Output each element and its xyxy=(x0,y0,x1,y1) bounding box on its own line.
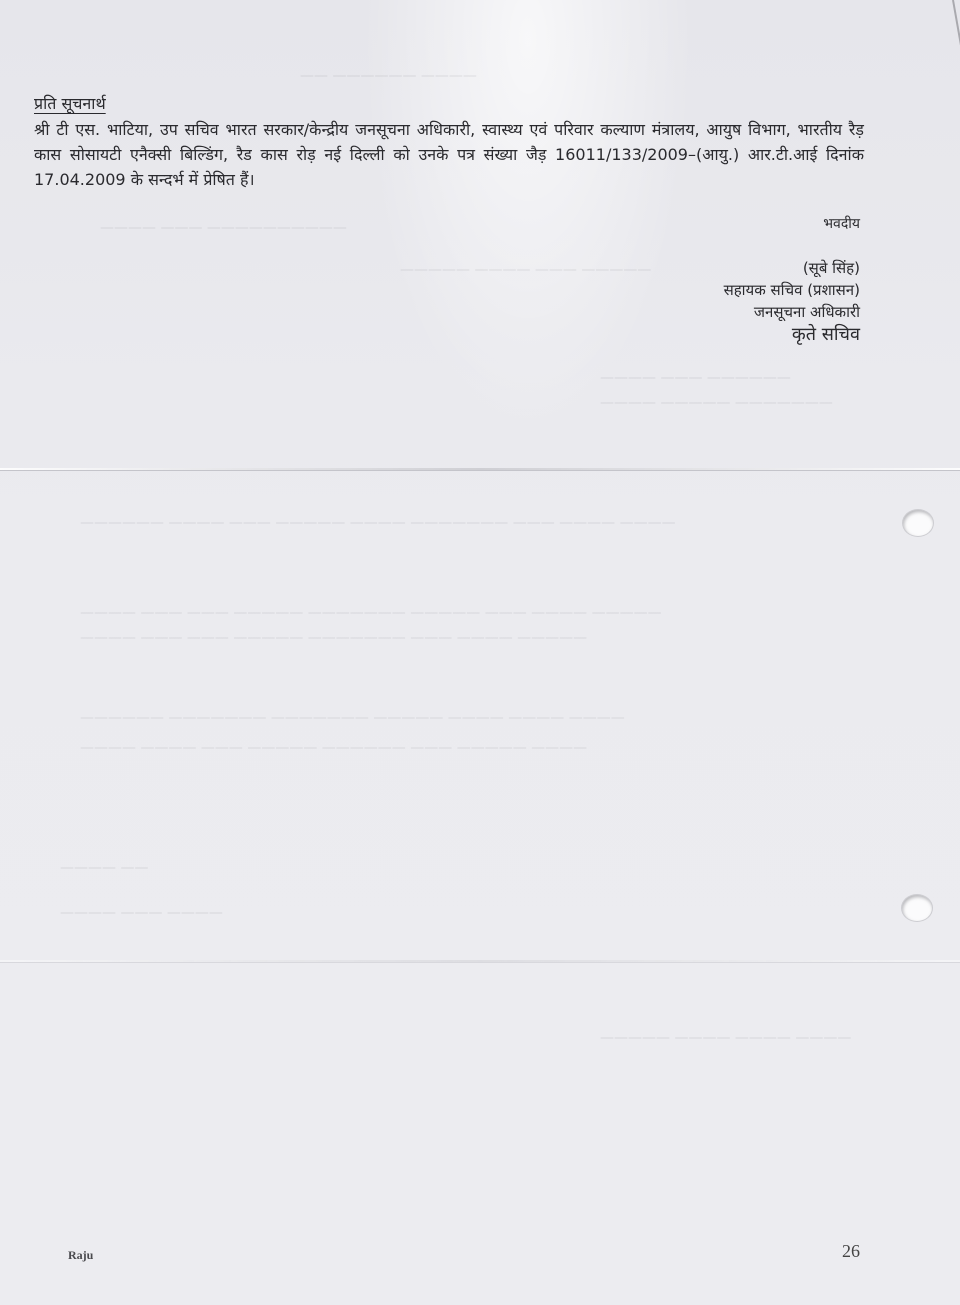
signatory-on-behalf: कृते सचिव xyxy=(792,322,860,346)
paper-fold-line xyxy=(0,960,960,962)
scanned-page xyxy=(0,0,960,1305)
punch-hole xyxy=(903,510,933,536)
signatory-designation: सहायक सचिव (प्रशासन) xyxy=(724,280,860,300)
signatory-role: जनसूचना अधिकारी xyxy=(754,302,860,322)
punch-hole xyxy=(902,895,932,921)
body-paragraph: श्री टी एस. भाटिया, उप सचिव भारत सरकार/क… xyxy=(34,117,864,192)
copy-for-information-heading: प्रति सूचनार्थ xyxy=(34,92,106,114)
closing-salutation: भवदीय xyxy=(823,214,860,233)
signatory-name: (सूबे सिंह) xyxy=(803,258,860,278)
footer-initials: Raju xyxy=(68,1248,93,1263)
paper-fold-line xyxy=(0,468,960,470)
page-number: 26 xyxy=(842,1241,860,1262)
